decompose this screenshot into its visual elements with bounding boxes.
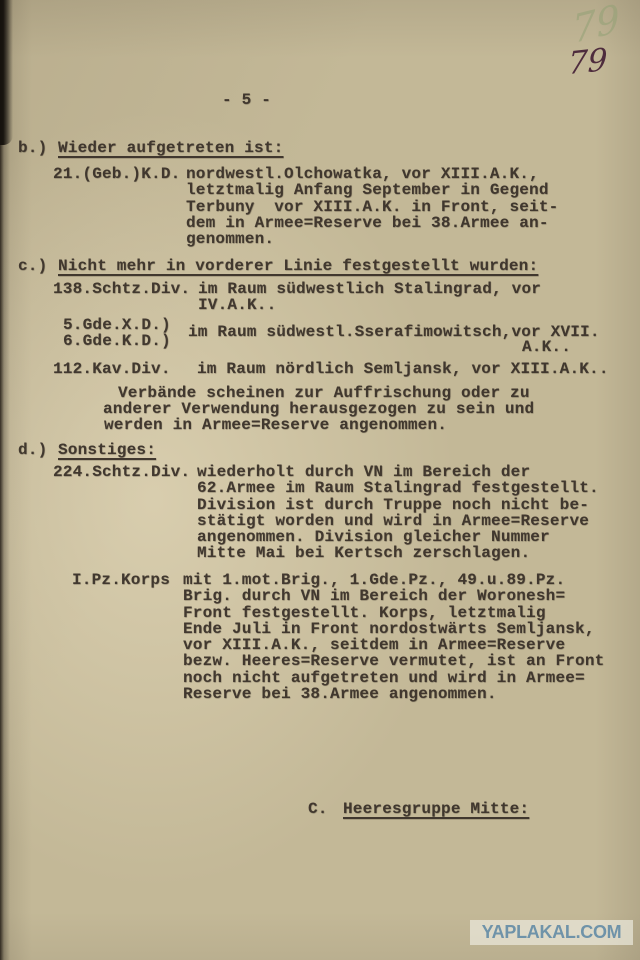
page-number: - 5 - <box>222 92 271 108</box>
section-b-label: b.) <box>18 140 47 156</box>
unit-name-224-schtz-div: 224.Schtz.Div. <box>53 464 190 480</box>
unit-224-description: wiederholt durch VN im Bereich der 62.Ar… <box>197 464 599 562</box>
scan-edge-dark-corner <box>0 0 13 145</box>
unit-guards-description-wrap: A.K.. <box>522 339 571 355</box>
section-c-title: Nicht mehr in vorderer Linie festgestell… <box>58 258 538 274</box>
section-c-note-line-2: anderer Verwendung herausgezogen zu sein… <box>103 401 534 417</box>
section-d-title: Sonstiges: <box>58 442 156 458</box>
unit-name-112-kav-div: 112.Kav.Div. <box>53 361 171 377</box>
footer-section-label: C. <box>308 801 328 817</box>
scanned-document-page: 79 79 - 5 - b.) Wieder aufgetreten ist: … <box>0 0 640 960</box>
section-c-note-line-1: Verbände scheinen zur Auffrischung oder … <box>118 385 530 401</box>
handwritten-page-number: 79 <box>567 42 608 82</box>
section-b-title: Wieder aufgetreten ist: <box>58 140 283 156</box>
unit-112-description: im Raum nördlich Semljansk, vor XIII.A.K… <box>197 361 609 377</box>
section-c-note-line-3: werden in Armee=Reserve angenommen. <box>104 417 447 433</box>
unit-name-i-pz-korps: I.Pz.Korps <box>72 572 170 588</box>
section-d-label: d.) <box>18 442 47 458</box>
watermark-badge: YAPLAKAL.COM <box>470 920 633 945</box>
unit-138-description: im Raum südwestlich Stalingrad, vor IV.A… <box>198 281 541 314</box>
unit-21-description: nordwestl.Olchowatka, vor XIII.A.K., let… <box>186 166 558 247</box>
watermark-text: YAPLAKAL.COM <box>482 922 622 943</box>
section-c-label: c.) <box>18 258 47 274</box>
footer-section-title: Heeresgruppe Mitte: <box>343 801 529 817</box>
unit-name-21-geb-kd: 21.(Geb.)K.D. <box>53 166 180 182</box>
unit-names-guards-cavalry-group: 5.Gde.X.D.) 6.Gde.K.D.) <box>63 317 171 350</box>
unit-name-138-schtz-div: 138.Schtz.Div. <box>53 281 190 297</box>
unit-pz-description: mit 1.mot.Brig., 1.Gde.Pz., 49.u.89.Pz. … <box>183 572 604 702</box>
